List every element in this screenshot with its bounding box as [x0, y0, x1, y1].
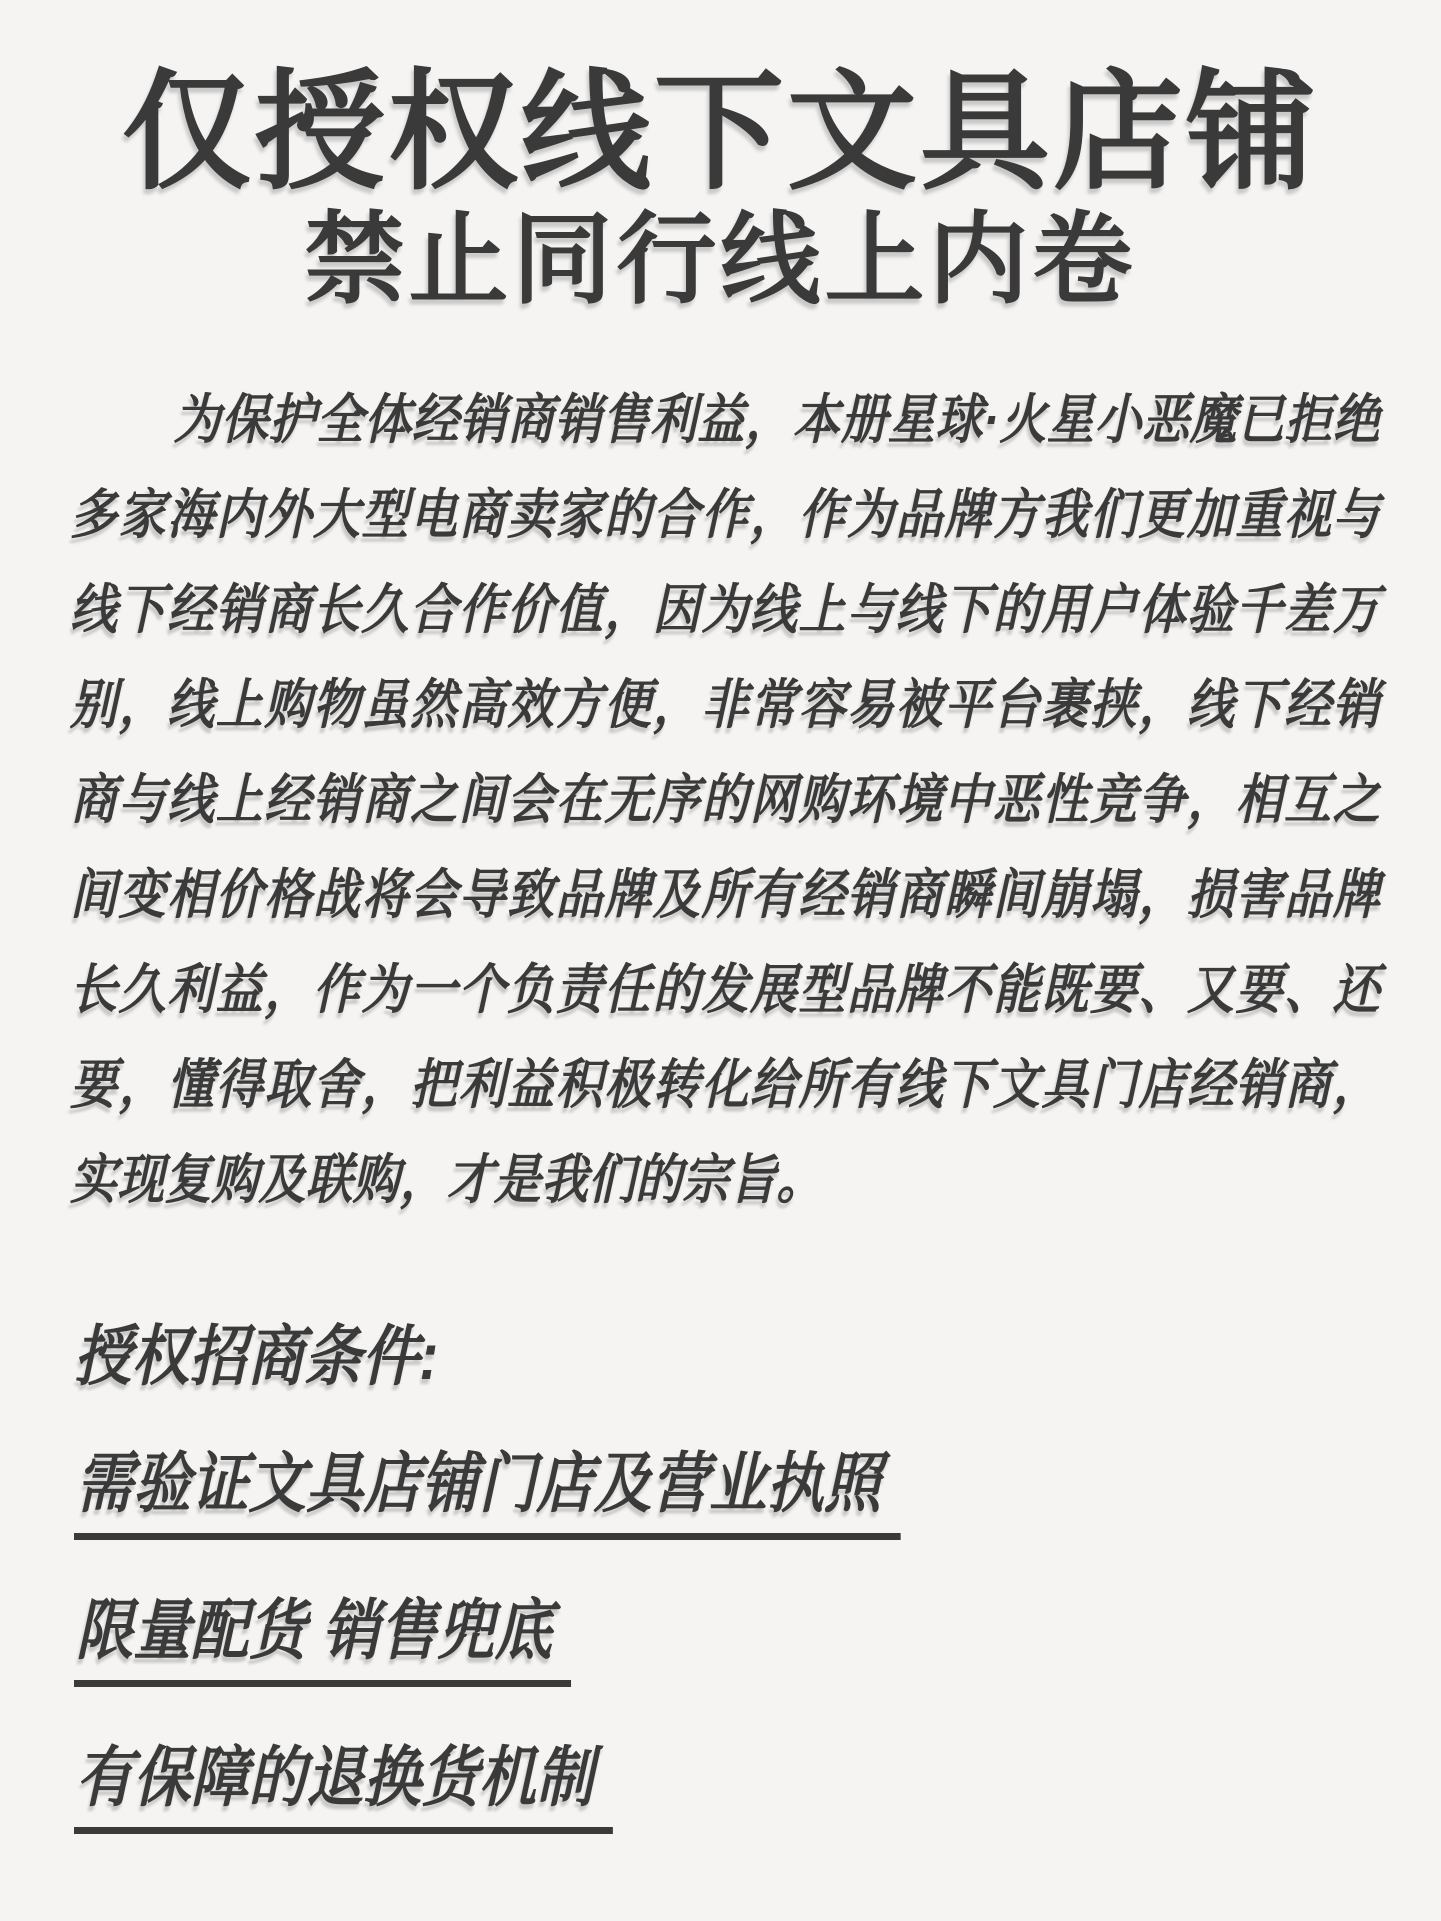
notice-poster: 仅授权线下文具店铺 禁止同行线上内卷 为保护全体经销商销售利益，本册星球·火星小…	[0, 0, 1441, 1921]
conditions-section: 授权招商条件: 需验证文具店铺门店及营业执照 限量配货 销售兜底 有保障的退换货…	[74, 1320, 1384, 1833]
page-title: 仅授权线下文具店铺	[0, 0, 1441, 202]
condition-item-returns-label: 有保障的退换货机制	[74, 1741, 613, 1834]
policy-paragraph-block: 为保护全体经销商销售利益，本册星球·火星小恶魔已拒绝多家海内外大型电商卖家的合作…	[70, 373, 1380, 1228]
condition-item-license-label: 需验证文具店铺门店及营业执照	[74, 1447, 901, 1540]
condition-item-quota: 限量配货 销售兜底	[74, 1594, 1384, 1687]
condition-item-license: 需验证文具店铺门店及营业执照	[74, 1447, 1384, 1540]
condition-item-returns: 有保障的退换货机制	[74, 1741, 1384, 1834]
page-subtitle: 禁止同行线上内卷	[0, 208, 1441, 313]
condition-item-quota-label: 限量配货 销售兜底	[74, 1594, 571, 1687]
conditions-heading: 授权招商条件:	[74, 1320, 1384, 1393]
policy-paragraph: 为保护全体经销商销售利益，本册星球·火星小恶魔已拒绝多家海内外大型电商卖家的合作…	[70, 373, 1380, 1228]
